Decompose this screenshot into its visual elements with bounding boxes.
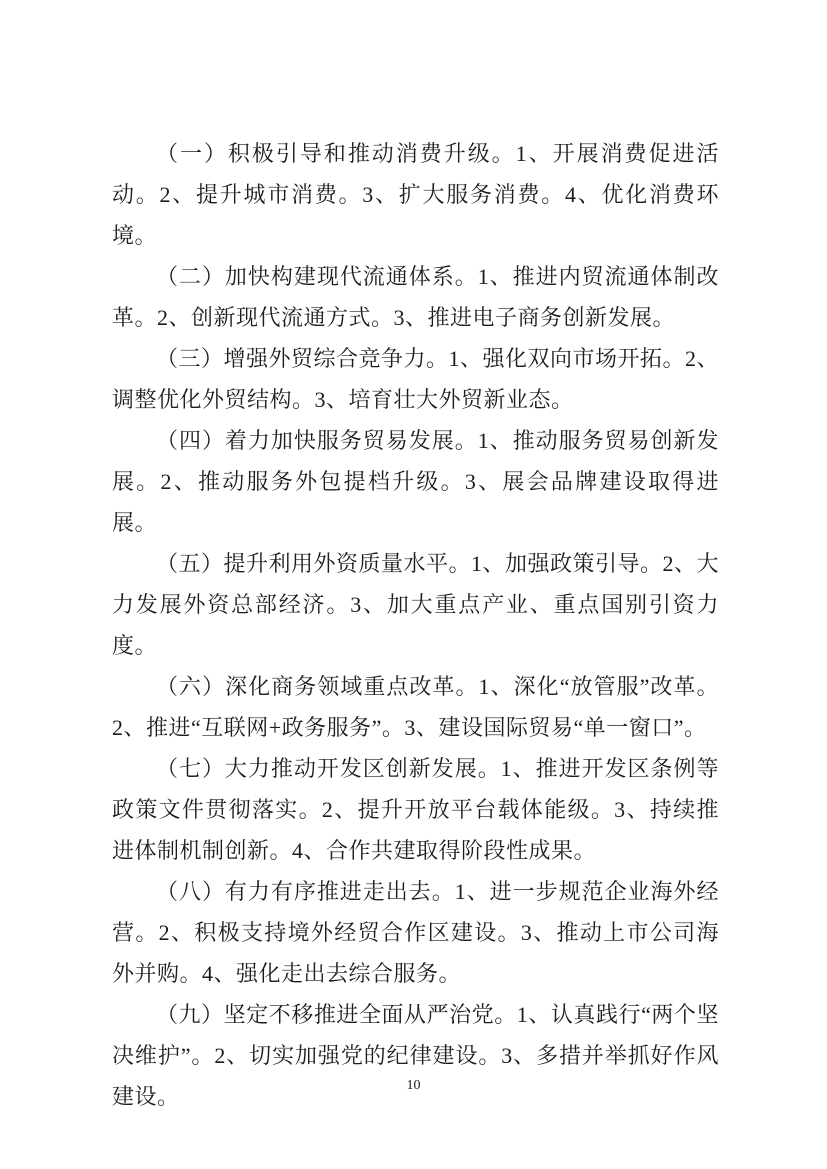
page-number: 10 [407, 1078, 421, 1093]
document-body: （一）积极引导和推动消费升级。1、开展消费促进活动。2、提升城市消费。3、扩大服… [112, 133, 719, 1117]
paragraph-4: （四）着力加快服务贸易发展。1、推动服务贸易创新发展。2、推动服务外包提档升级。… [112, 420, 719, 543]
paragraph-5: （五）提升利用外资质量水平。1、加强政策引导。2、大力发展外资总部经济。3、加大… [112, 543, 719, 666]
paragraph-8: （八）有力有序推进走出去。1、进一步规范企业海外经营。2、积极支持境外经贸合作区… [112, 871, 719, 994]
document-page: （一）积极引导和推动消费升级。1、开展消费促进活动。2、提升城市消费。3、扩大服… [0, 0, 827, 1169]
paragraph-6: （六）深化商务领域重点改革。1、深化“放管服”改革。2、推进“互联网+政务服务”… [112, 666, 719, 748]
page-footer: 10 [0, 1076, 827, 1094]
paragraph-7: （七）大力推动开发区创新发展。1、推进开发区条例等政策文件贯彻落实。2、提升开放… [112, 748, 719, 871]
paragraph-3: （三）增强外贸综合竞争力。1、强化双向市场开拓。2、调整优化外贸结构。3、培育壮… [112, 338, 719, 420]
paragraph-2: （二）加快构建现代流通体系。1、推进内贸流通体制改革。2、创新现代流通方式。3、… [112, 256, 719, 338]
paragraph-1: （一）积极引导和推动消费升级。1、开展消费促进活动。2、提升城市消费。3、扩大服… [112, 133, 719, 256]
paragraph-9: （九）坚定不移推进全面从严治党。1、认真践行“两个坚决维护”。2、切实加强党的纪… [112, 994, 719, 1117]
